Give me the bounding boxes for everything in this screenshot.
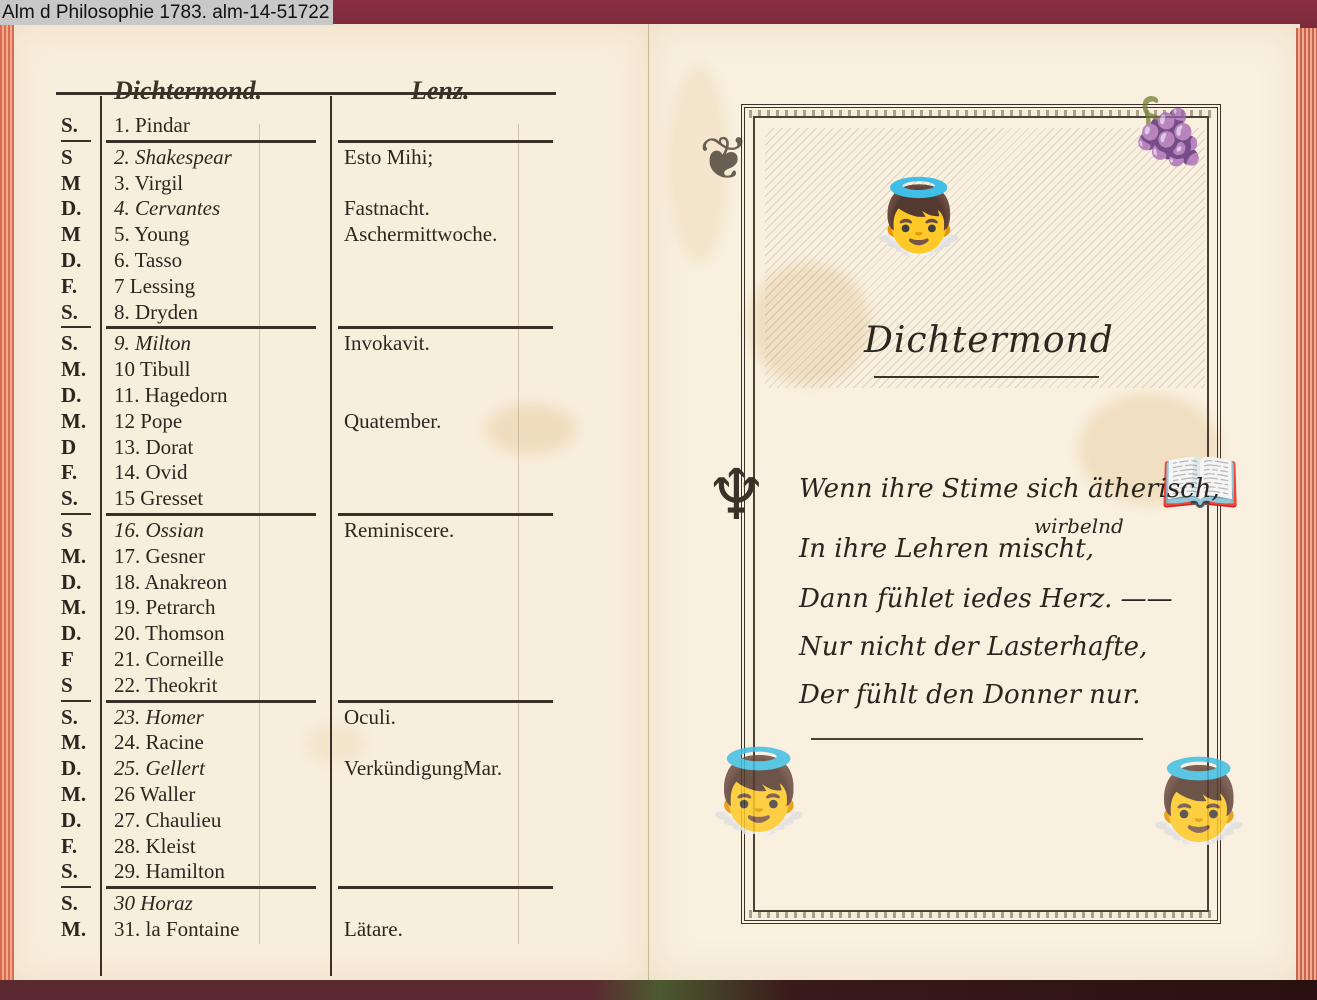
poet-name: 21. Corneille: [114, 646, 224, 672]
weekday-abbrev: M: [61, 221, 101, 247]
calendar-row: D.27. Chaulieu: [6, 807, 650, 833]
weekday-abbrev: F.: [61, 459, 101, 485]
weekday-abbrev: S: [61, 672, 101, 698]
calendar-row: S2. ShakespearEsto Mihi;: [6, 144, 650, 170]
calendar-row: M5. YoungAschermittwoche.: [6, 221, 650, 247]
poet-name: 19. Petrarch: [114, 594, 215, 620]
fruit-cornucopia-icon: ❦: [699, 124, 749, 194]
weekday-abbrev: D.: [61, 569, 101, 595]
weekday-abbrev: S.: [61, 858, 101, 884]
weekday-abbrev: M.: [61, 356, 101, 382]
weekday-abbrev: F.: [61, 273, 101, 299]
calendar-row: M.12 PopeQuatember.: [6, 408, 650, 434]
weekday-abbrev: S.: [61, 704, 101, 730]
poet-name: 23. Homer: [114, 704, 204, 730]
week-separator-rule: [106, 326, 316, 329]
verse-line-4: Nur nicht der Lasterhafte,: [799, 632, 1147, 662]
poet-name: 10 Tibull: [114, 356, 190, 382]
feast-day: Quatember.: [344, 408, 441, 434]
poet-name: 7 Lessing: [114, 273, 195, 299]
calendar-row: S16. OssianReminiscere.: [6, 517, 650, 543]
week-separator-rule: [338, 326, 553, 329]
poet-name: 29. Hamilton: [114, 858, 225, 884]
weekday-abbrev: M.: [61, 916, 101, 942]
weekday-abbrev: D.: [61, 620, 101, 646]
poet-name: 15 Gresset: [114, 485, 203, 511]
weekday-abbrev: M.: [61, 408, 101, 434]
calendar-row: D.6. Tasso: [6, 247, 650, 273]
image-caption: Alm d Philosophie 1783. alm-14-51722: [0, 0, 333, 25]
calendar-row: S.30 Horaz: [6, 890, 650, 916]
calendar-row: M3. Virgil: [6, 170, 650, 196]
right-page-engraving: 👼 ❦ 🍇 ♆ 📖 👼 👼 Dichtermond Wenn ihre Stim…: [648, 24, 1300, 980]
poet-name: 13. Dorat: [114, 434, 193, 460]
poet-name: 14. Ovid: [114, 459, 188, 485]
header-rule: [56, 92, 556, 95]
verse-line-2: In ihre Lehren mischt,: [799, 534, 1094, 564]
poet-name: 16. Ossian: [114, 517, 204, 543]
cherub-bottom-right-icon: 👼: [1149, 754, 1249, 848]
page-edge-right: [1296, 28, 1317, 988]
verse-line-5: Der fühlt den Donner nur.: [799, 680, 1141, 710]
poet-name: 1. Pindar: [114, 112, 190, 138]
calendar-row: S.29. Hamilton: [6, 858, 650, 884]
feast-day: VerkündigungMar.: [344, 755, 502, 781]
calendar-row: D.4. CervantesFastnacht.: [6, 195, 650, 221]
poet-name: 28. Kleist: [114, 833, 196, 859]
weekday-abbrev: S.: [61, 485, 101, 511]
feast-day: Lätare.: [344, 916, 403, 942]
weekday-abbrev: S: [61, 144, 101, 170]
weekday-abbrev: D.: [61, 755, 101, 781]
poet-name: 5. Young: [114, 221, 189, 247]
book-cover-bottom: [0, 980, 1317, 1000]
poet-name: 2. Shakespear: [114, 144, 232, 170]
weekday-abbrev: S.: [61, 299, 101, 325]
calendar-row: F.14. Ovid: [6, 459, 650, 485]
weekday-abbrev: D: [61, 434, 101, 460]
verse-line-1: Wenn ihre Stime sich ätherisch,: [799, 474, 1220, 504]
calendar-row: D.20. Thomson: [6, 620, 650, 646]
calendar-row: F.28. Kleist: [6, 833, 650, 859]
calendar-row: F.7 Lessing: [6, 273, 650, 299]
calendar-row: S.8. Dryden: [6, 299, 650, 325]
week-separator-rule: [61, 886, 91, 888]
lyre-icon: ♆: [705, 454, 768, 536]
poet-name: 27. Chaulieu: [114, 807, 221, 833]
weekday-abbrev: D.: [61, 382, 101, 408]
poet-name: 20. Thomson: [114, 620, 224, 646]
feast-day: Esto Mihi;: [344, 144, 433, 170]
calendar-row: D.25. GellertVerkündigungMar.: [6, 755, 650, 781]
calendar-row: M.24. Racine: [6, 729, 650, 755]
feast-day: Invokavit.: [344, 330, 430, 356]
poet-name: 9. Milton: [114, 330, 191, 356]
calendar-row: S.1. Pindar: [6, 112, 650, 138]
weekday-abbrev: M.: [61, 594, 101, 620]
poet-name: 12 Pope: [114, 408, 182, 434]
week-separator-rule: [338, 886, 553, 889]
page-edge-left: [0, 20, 14, 980]
weekday-abbrev: D.: [61, 195, 101, 221]
poet-name: 30 Horaz: [114, 890, 193, 916]
feast-day: Fastnacht.: [344, 195, 430, 221]
calendar-row: D.11. Hagedorn: [6, 382, 650, 408]
weekday-abbrev: F: [61, 646, 101, 672]
poet-name: 31. la Fontaine: [114, 916, 239, 942]
week-separator-rule: [106, 700, 316, 703]
week-separator-rule: [338, 700, 553, 703]
grapes-cornucopia-icon: 🍇: [1129, 94, 1209, 169]
calendar-row: M.17. Gesner: [6, 543, 650, 569]
poet-name: 25. Gellert: [114, 755, 205, 781]
poet-name: 17. Gesner: [114, 543, 205, 569]
calendar-row: M.10 Tibull: [6, 356, 650, 382]
engraving-title: Dichtermond: [864, 320, 1104, 361]
weekday-abbrev: M.: [61, 729, 101, 755]
poet-name: 24. Racine: [114, 729, 204, 755]
poet-name: 6. Tasso: [114, 247, 182, 273]
weekday-abbrev: S.: [61, 330, 101, 356]
calendar-row: M.19. Petrarch: [6, 594, 650, 620]
weekday-abbrev: M: [61, 170, 101, 196]
calendar-row: S.23. HomerOculi.: [6, 704, 650, 730]
month-title: Dichtermond.: [114, 76, 262, 106]
weekday-abbrev: S.: [61, 890, 101, 916]
poet-name: 26 Waller: [114, 781, 195, 807]
week-separator-rule: [61, 700, 91, 702]
feast-day: Aschermittwoche.: [344, 221, 497, 247]
verse-end-rule: [811, 738, 1143, 740]
weekday-abbrev: M.: [61, 543, 101, 569]
feast-day: Reminiscere.: [344, 517, 454, 543]
calendar-row: D.18. Anakreon: [6, 569, 650, 595]
weekday-abbrev: S.: [61, 112, 101, 138]
cherub-flying-icon: 👼: [874, 174, 964, 259]
poet-name: 22. Theokrit: [114, 672, 217, 698]
weekday-abbrev: F.: [61, 833, 101, 859]
poet-name: 3. Virgil: [114, 170, 183, 196]
poet-name: 4. Cervantes: [114, 195, 220, 221]
cherub-bottom-left-icon: 👼: [709, 744, 809, 838]
season-title: Lenz.: [411, 76, 470, 106]
poet-name: 18. Anakreon: [114, 569, 227, 595]
calendar-row: M.31. la FontaineLätare.: [6, 916, 650, 942]
weekday-abbrev: S: [61, 517, 101, 543]
left-page-calendar: Dichtermond. Lenz. S.1. PindarS2. Shakes…: [6, 24, 650, 984]
verse-line-3: Dann fühlet iedes Herz. ——: [799, 584, 1173, 614]
calendar-row: D13. Dorat: [6, 434, 650, 460]
week-separator-rule: [106, 513, 316, 516]
calendar-row: S.9. MiltonInvokavit.: [6, 330, 650, 356]
weekday-abbrev: M.: [61, 781, 101, 807]
week-separator-rule: [338, 513, 553, 516]
calendar-row: F21. Corneille: [6, 646, 650, 672]
calendar-row: S22. Theokrit: [6, 672, 650, 698]
calendar-row: S.15 Gresset: [6, 485, 650, 511]
calendar-row: M.26 Waller: [6, 781, 650, 807]
week-separator-rule: [106, 886, 316, 889]
week-separator-rule: [61, 326, 91, 328]
week-separator-rule: [61, 513, 91, 515]
weekday-abbrev: D.: [61, 807, 101, 833]
poet-name: 8. Dryden: [114, 299, 198, 325]
poet-name: 11. Hagedorn: [114, 382, 228, 408]
weekday-abbrev: D.: [61, 247, 101, 273]
week-separator-rule: [106, 140, 316, 143]
week-separator-rule: [61, 140, 91, 142]
week-separator-rule: [338, 140, 553, 143]
title-underline: [874, 376, 1099, 378]
feast-day: Oculi.: [344, 704, 396, 730]
